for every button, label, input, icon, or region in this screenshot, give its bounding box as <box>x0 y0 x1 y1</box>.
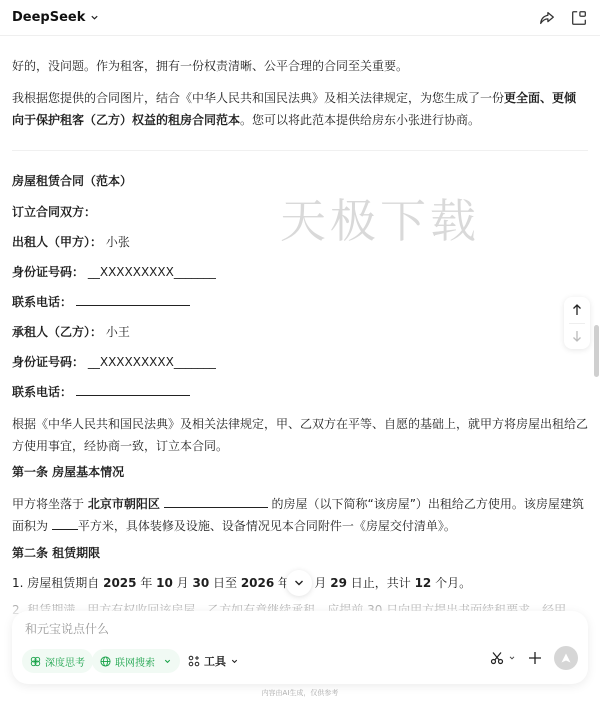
scroll-down-message-button[interactable] <box>564 324 590 350</box>
intro-paragraph-2: 我根据您提供的合同图片，结合《中华人民共和国民法典》及相关法律规定，为您生成了一… <box>12 87 588 131</box>
chevron-down-icon <box>90 13 99 22</box>
new-chat-icon[interactable] <box>570 9 588 27</box>
chevron-down-icon[interactable] <box>163 657 172 666</box>
model-name: DeepSeek <box>12 10 85 25</box>
divider <box>12 150 588 151</box>
lessee-id-row: 身份证号码： __XXXXXXXXX_______ <box>12 352 588 372</box>
tools-menu-button[interactable]: 工具 <box>188 649 239 673</box>
scissors-icon <box>490 651 504 665</box>
message-nav <box>564 297 590 349</box>
tools-icon <box>188 655 200 667</box>
scroll-to-bottom-button[interactable] <box>286 570 312 596</box>
parties-label: 订立合同双方： <box>12 202 588 222</box>
deep-think-toggle[interactable]: 深度思考 <box>22 649 93 673</box>
screenshot-tool-button[interactable] <box>490 651 516 665</box>
scrollbar[interactable] <box>594 325 599 377</box>
lessor-phone-row: 联系电话： <box>12 292 588 312</box>
chevron-down-icon <box>508 654 516 662</box>
article-1-title: 第一条 房屋基本情况 <box>12 462 588 482</box>
send-button[interactable] <box>554 646 578 670</box>
contract-title: 房屋租赁合同（范本） <box>12 171 588 191</box>
web-search-toggle[interactable]: 联网搜索 <box>92 649 180 673</box>
lessor-id-row: 身份证号码： __XXXXXXXXX_______ <box>12 262 588 282</box>
ai-disclaimer: 内容由AI生成，仅供参考 <box>0 688 600 698</box>
message-input[interactable] <box>25 619 565 639</box>
composer: 深度思考 联网搜索 工具 <box>12 611 588 684</box>
arrow-up-icon <box>572 304 582 316</box>
scroll-up-button[interactable] <box>564 297 590 323</box>
plus-icon[interactable] <box>528 651 542 665</box>
blank-line <box>76 293 190 306</box>
lessor-row: 出租人（甲方）： 小张 <box>12 232 588 252</box>
send-arrow-icon <box>560 652 572 664</box>
model-selector[interactable]: DeepSeek <box>12 10 99 25</box>
top-bar: DeepSeek <box>0 0 600 36</box>
lessee-phone-row: 联系电话： <box>12 382 588 402</box>
chevron-down-icon <box>230 657 239 666</box>
chevron-down-icon <box>294 579 304 587</box>
preamble-paragraph: 根据《中华人民共和国民法典》及相关法律规定，甲、乙双方在平等、自愿的基础上，就甲… <box>12 413 588 457</box>
arrow-down-icon <box>572 330 582 342</box>
blank-line <box>76 383 190 396</box>
lessee-row: 承租人（乙方）： 小王 <box>12 322 588 342</box>
article-2-title: 第二条 租赁期限 <box>12 543 588 563</box>
article-1-body: 甲方将坐落于 北京市朝阳区 的房屋（以下简称“该房屋”）出租给乙方使用。该房屋建… <box>12 493 588 537</box>
globe-icon <box>100 656 111 667</box>
share-icon[interactable] <box>538 9 556 27</box>
deep-think-icon <box>30 656 41 667</box>
intro-paragraph: 好的，没问题。作为租客，拥有一份权责清晰、公平合理的合同至关重要。 <box>12 56 588 76</box>
